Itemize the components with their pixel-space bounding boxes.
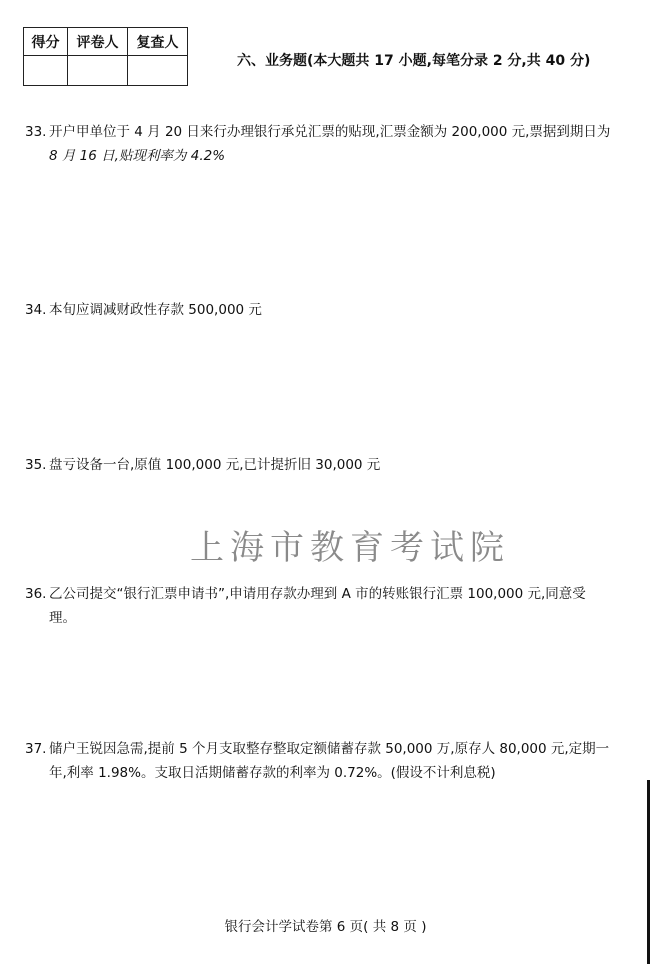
question-text-line1: 储户王锐因急需,提前 5 个月支取整存整取定额储蓄存款 50,000 万,原存人… [49, 741, 609, 757]
question-number: 36. [25, 582, 49, 606]
question-35: 35.盘亏设备一台,原值 100,000 元,已计提折旧 30,000 元 [25, 453, 645, 477]
question-text-line2: 理。 [25, 606, 645, 630]
question-text-line1: 开户甲单位于 4 月 20 日来行办理银行承兑汇票的贴现,汇票金额为 200,0… [49, 124, 610, 140]
score-table: 得分 评卷人 复查人 [23, 27, 188, 86]
question-text-line1: 乙公司提交“银行汇票申请书”,申请用存款办理到 A 市的转账银行汇票 100,0… [49, 586, 586, 602]
reviewer-header: 复查人 [128, 28, 188, 56]
question-33: 33.开户甲单位于 4 月 20 日来行办理银行承兑汇票的贴现,汇票金额为 20… [25, 120, 645, 168]
watermark: 上海市教育考试院 [190, 520, 510, 569]
question-text-line1: 本旬应调减财政性存款 500,000 元 [49, 302, 262, 318]
reviewer-cell [128, 56, 188, 86]
question-number: 34. [25, 298, 49, 322]
score-cell [24, 56, 68, 86]
scan-edge-line [647, 780, 650, 964]
question-number: 33. [25, 120, 49, 144]
question-number: 35. [25, 453, 49, 477]
question-text-line1: 盘亏设备一台,原值 100,000 元,已计提折旧 30,000 元 [49, 457, 380, 473]
grader-cell [68, 56, 128, 86]
score-table-value-row [24, 56, 188, 86]
question-34: 34.本旬应调减财政性存款 500,000 元 [25, 298, 645, 322]
question-number: 37. [25, 737, 49, 761]
grader-header: 评卷人 [68, 28, 128, 56]
page-footer: 银行会计学试卷第 6 页( 共 8 页 ) [0, 915, 651, 935]
score-table-header-row: 得分 评卷人 复查人 [24, 28, 188, 56]
question-36: 36.乙公司提交“银行汇票申请书”,申请用存款办理到 A 市的转账银行汇票 10… [25, 582, 645, 630]
score-header: 得分 [24, 28, 68, 56]
section-title: 六、业务题(本大题共 17 小题,每笔分录 2 分,共 40 分) [237, 50, 590, 70]
question-37: 37.储户王锐因急需,提前 5 个月支取整存整取定额储蓄存款 50,000 万,… [25, 737, 645, 785]
question-text-line2: 8 月 16 日,贴现利率为 4.2% [25, 144, 645, 168]
question-text-line2: 年,利率 1.98%。支取日活期储蓄存款的利率为 0.72%。(假设不计利息税) [25, 761, 645, 785]
